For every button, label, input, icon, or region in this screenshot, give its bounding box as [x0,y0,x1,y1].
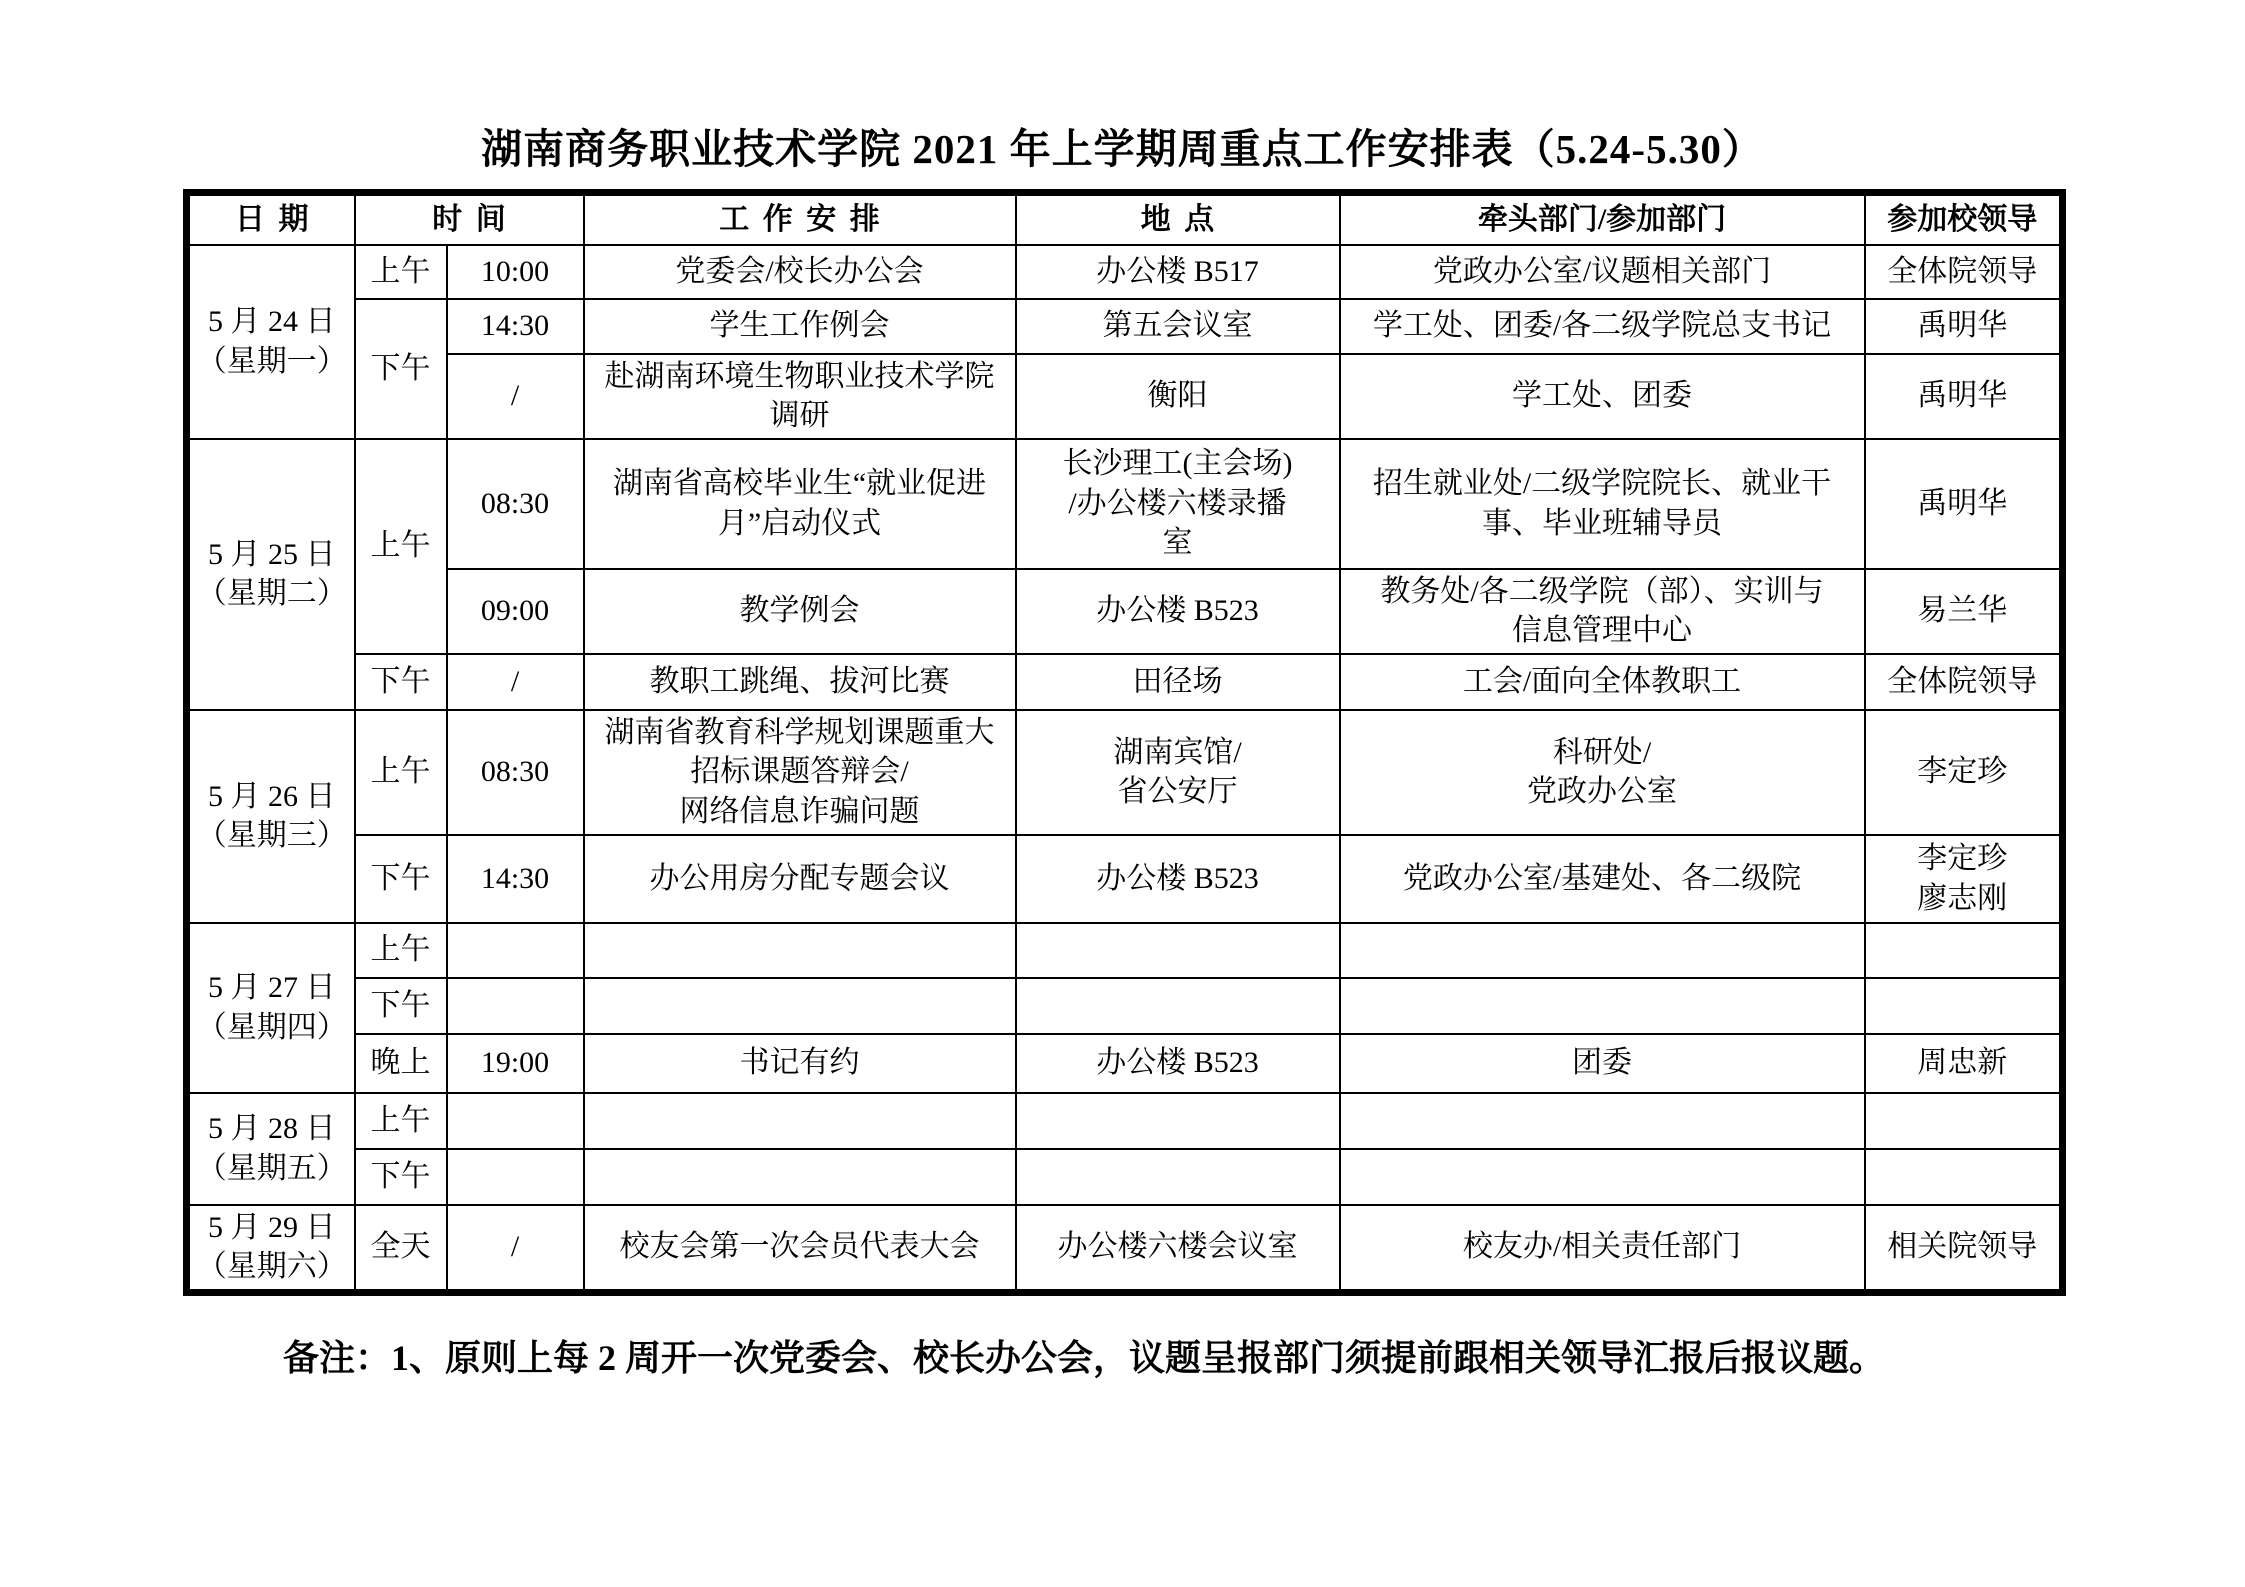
period-cell: 下午 [355,1149,447,1205]
time-cell: 10:00 [447,245,584,299]
leaders-cell: 全体院领导 [1865,654,2063,710]
leaders-cell [1865,923,2063,978]
leaders-cell [1865,1149,2063,1205]
leaders-cell: 易兰华 [1865,569,2063,654]
location-cell: 衡阳 [1016,354,1340,439]
period-cell: 上午 [355,245,447,299]
time-cell: / [447,1205,584,1293]
document-page: 湖南商务职业技术学院 2021 年上学期周重点工作安排表（5.24-5.30） … [0,0,2245,1587]
work-cell [584,1093,1016,1149]
leaders-cell [1865,1093,2063,1149]
date-cell: 5 月 29 日 （星期六） [187,1205,355,1293]
work-cell [584,978,1016,1034]
work-cell: 湖南省高校毕业生“就业促进 月”启动仪式 [584,439,1016,569]
departments-cell: 校友办/相关责任部门 [1340,1205,1865,1293]
time-cell: 08:30 [447,439,584,569]
schedule-row: 5 月 29 日 （星期六） 全天 / 校友会第一次会员代表大会 办公楼六楼会议… [187,1205,2063,1293]
time-cell [447,1093,584,1149]
location-cell: 办公楼六楼会议室 [1016,1205,1340,1293]
time-cell [447,978,584,1034]
schedule-row: 下午 [187,978,2063,1034]
time-cell: / [447,354,584,439]
location-cell: 办公楼 B523 [1016,835,1340,923]
work-cell: 教学例会 [584,569,1016,654]
period-cell: 上午 [355,710,447,835]
period-cell: 上午 [355,439,447,654]
schedule-row: 09:00 教学例会 办公楼 B523 教务处/各二级学院（部）、实训与 信息管… [187,569,2063,654]
location-cell: 办公楼 B523 [1016,569,1340,654]
leaders-cell [1865,978,2063,1034]
work-cell: 赴湖南环境生物职业技术学院 调研 [584,354,1016,439]
location-cell: 第五会议室 [1016,299,1340,354]
leaders-cell: 相关院领导 [1865,1205,2063,1293]
work-cell: 党委会/校长办公会 [584,245,1016,299]
work-cell: 教职工跳绳、拔河比赛 [584,654,1016,710]
schedule-row: 5 月 26 日 （星期三） 上午 08:30 湖南省教育科学规划课题重大 招标… [187,710,2063,835]
schedule-row: 下午 14:30 学生工作例会 第五会议室 学工处、团委/各二级学院总支书记 禹… [187,299,2063,354]
date-cell: 5 月 28 日 （星期五） [187,1093,355,1205]
header-cell-location: 地点 [1016,193,1340,245]
work-cell [584,1149,1016,1205]
period-cell: 全天 [355,1205,447,1293]
work-cell: 湖南省教育科学规划课题重大 招标课题答辩会/ 网络信息诈骗问题 [584,710,1016,835]
leaders-cell: 禹明华 [1865,299,2063,354]
departments-cell: 党政办公室/议题相关部门 [1340,245,1865,299]
location-cell [1016,1149,1340,1205]
schedule-row: 5 月 25 日 （星期二） 上午 08:30 湖南省高校毕业生“就业促进 月”… [187,439,2063,569]
schedule-row: / 赴湖南环境生物职业技术学院 调研 衡阳 学工处、团委 禹明华 [187,354,2063,439]
period-cell: 下午 [355,835,447,923]
document-title: 湖南商务职业技术学院 2021 年上学期周重点工作安排表（5.24-5.30） [0,0,2245,175]
departments-cell [1340,1149,1865,1205]
header-cell-departments: 牵头部门/参加部门 [1340,193,1865,245]
time-cell: 19:00 [447,1034,584,1093]
header-row: 日期 时间 工作安排 地点 牵头部门/参加部门 参加校领导 [187,193,2063,245]
departments-cell: 教务处/各二级学院（部）、实训与 信息管理中心 [1340,569,1865,654]
time-cell: / [447,654,584,710]
schedule-row: 下午 / 教职工跳绳、拔河比赛 田径场 工会/面向全体教职工 全体院领导 [187,654,2063,710]
schedule-row: 5 月 27 日 （星期四） 上午 [187,923,2063,978]
work-cell: 书记有约 [584,1034,1016,1093]
period-cell: 下午 [355,654,447,710]
period-cell: 下午 [355,299,447,439]
departments-cell: 招生就业处/二级学院院长、就业干 事、毕业班辅导员 [1340,439,1865,569]
departments-cell [1340,978,1865,1034]
time-cell: 08:30 [447,710,584,835]
period-cell: 上午 [355,923,447,978]
date-cell: 5 月 24 日 （星期一） [187,245,355,439]
leaders-cell: 禹明华 [1865,439,2063,569]
location-cell [1016,923,1340,978]
date-cell: 5 月 26 日 （星期三） [187,710,355,923]
work-cell: 办公用房分配专题会议 [584,835,1016,923]
schedule-row: 下午 [187,1149,2063,1205]
leaders-cell: 周忠新 [1865,1034,2063,1093]
departments-cell: 党政办公室/基建处、各二级院 [1340,835,1865,923]
header-cell-leaders: 参加校领导 [1865,193,2063,245]
schedule-row: 5 月 24 日 （星期一） 上午 10:00 党委会/校长办公会 办公楼 B5… [187,245,2063,299]
location-cell [1016,978,1340,1034]
location-cell: 长沙理工(主会场) /办公楼六楼录播 室 [1016,439,1340,569]
time-cell [447,923,584,978]
leaders-cell: 禹明华 [1865,354,2063,439]
departments-cell [1340,1093,1865,1149]
header-cell-work: 工作安排 [584,193,1016,245]
period-cell: 下午 [355,978,447,1034]
weekly-schedule-table: 日期 时间 工作安排 地点 牵头部门/参加部门 参加校领导 5 月 24 日 （… [183,189,2066,1296]
time-cell: 14:30 [447,299,584,354]
schedule-row: 5 月 28 日 （星期五） 上午 [187,1093,2063,1149]
location-cell: 办公楼 B523 [1016,1034,1340,1093]
period-cell: 上午 [355,1093,447,1149]
leaders-cell: 李定珍 廖志刚 [1865,835,2063,923]
location-cell: 办公楼 B517 [1016,245,1340,299]
work-cell [584,923,1016,978]
time-cell: 14:30 [447,835,584,923]
leaders-cell: 李定珍 [1865,710,2063,835]
header-cell-date: 日期 [187,193,355,245]
location-cell: 田径场 [1016,654,1340,710]
departments-cell: 学工处、团委 [1340,354,1865,439]
time-cell: 09:00 [447,569,584,654]
location-cell: 湖南宾馆/ 省公安厅 [1016,710,1340,835]
location-cell [1016,1093,1340,1149]
departments-cell: 学工处、团委/各二级学院总支书记 [1340,299,1865,354]
departments-cell: 团委 [1340,1034,1865,1093]
date-cell: 5 月 27 日 （星期四） [187,923,355,1093]
departments-cell [1340,923,1865,978]
schedule-row: 晚上 19:00 书记有约 办公楼 B523 团委 周忠新 [187,1034,2063,1093]
header-cell-time: 时间 [355,193,584,245]
date-cell: 5 月 25 日 （星期二） [187,439,355,710]
schedule-row: 下午 14:30 办公用房分配专题会议 办公楼 B523 党政办公室/基建处、各… [187,835,2063,923]
departments-cell: 科研处/ 党政办公室 [1340,710,1865,835]
footnote: 备注：1、原则上每 2 周开一次党委会、校长办公会，议题呈报部门须提前跟相关领导… [283,1330,2245,1381]
work-cell: 校友会第一次会员代表大会 [584,1205,1016,1293]
period-cell: 晚上 [355,1034,447,1093]
leaders-cell: 全体院领导 [1865,245,2063,299]
work-cell: 学生工作例会 [584,299,1016,354]
time-cell [447,1149,584,1205]
departments-cell: 工会/面向全体教职工 [1340,654,1865,710]
